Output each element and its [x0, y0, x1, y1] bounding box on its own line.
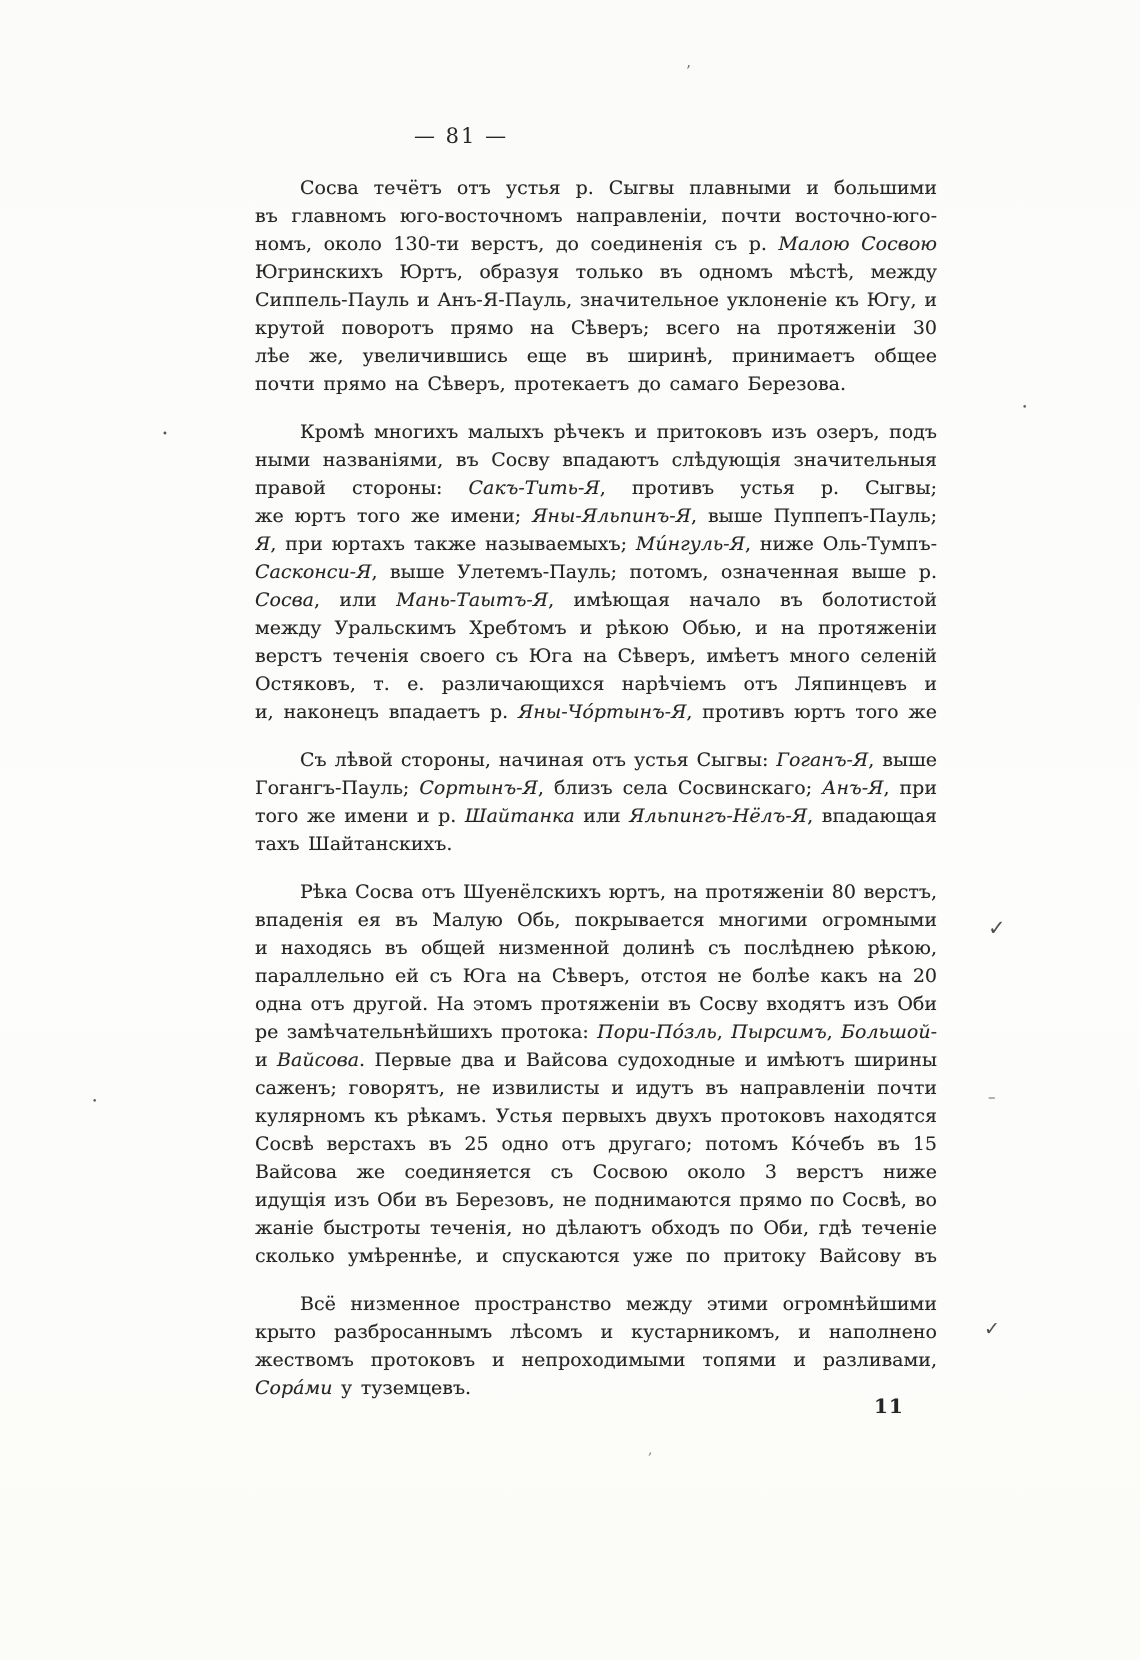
paragraph: Кромѣ многихъ малыхъ рѣчекъ и притоковъ … [255, 418, 937, 726]
text-segment: Всё низменное пространство между этими о… [255, 1293, 937, 1318]
text-line: кулярномъ къ рѣкамъ. Устья первыхъ двухъ… [255, 1102, 937, 1130]
text-segment: Съ лѣвой стороны, начиная отъ устья Сыгв… [300, 749, 776, 771]
text-line: Кромѣ многихъ малыхъ рѣчекъ и притоковъ … [255, 418, 937, 446]
text-segment: Рѣка Сосва отъ Шуенёлскихъ юртъ, на прот… [255, 881, 937, 906]
text-line: и Вайсова. Первые два и Вайсова судоходн… [255, 1046, 937, 1074]
text-segment: Сосвѣ верстахъ въ 25 одно отъ другаго; п… [255, 1133, 937, 1158]
text-line: сколько умѣреннѣе, и спускаются уже по п… [255, 1242, 937, 1270]
text-segment: верстъ теченія своего съ Юга на Сѣверъ, … [255, 645, 937, 670]
text-segment: жаніе быстроты теченія, но дѣлаютъ обход… [255, 1217, 937, 1242]
text-segment: кулярномъ къ рѣкамъ. Устья первыхъ двухъ… [255, 1105, 937, 1130]
text-segment: крутой поворотъ прямо на Сѣверъ; всего н… [255, 317, 937, 342]
text-segment: , выше Пуппепъ-Пауль; [691, 505, 937, 527]
margin-dot-left: • [162, 430, 168, 440]
stray-comma-mark: ‚ [648, 1444, 652, 1457]
signature-mark: 11 [874, 1394, 904, 1418]
paragraph: Сосва течётъ отъ устья р. Сыгвы плавными… [255, 174, 937, 398]
margin-dot-right: • [1022, 404, 1027, 413]
river-name-italic: Мань-Таытъ-Я [396, 589, 548, 611]
text-line: параллельно ей съ Юга на Сѣверъ, отстоя … [255, 962, 937, 990]
text-segment: или [575, 805, 630, 827]
text-segment: ными названіями, въ Сосву впадаютъ слѣду… [255, 449, 937, 474]
river-name-italic: Сортынъ-Я [419, 777, 538, 799]
text-segment: Кромѣ многихъ малыхъ рѣчекъ и притоковъ … [255, 421, 937, 446]
text-segment: и, наконецъ впадаетъ р. [255, 701, 518, 723]
text-line: почти прямо на Сѣверъ, протекаетъ до сам… [255, 370, 937, 398]
river-name-italic: Яны-Чо́ртынъ-Я [518, 701, 686, 723]
text-segment: Вайсова же соединяется съ Сосвою около 3… [255, 1161, 937, 1186]
text-block: Сосва течётъ отъ устья р. Сыгвы плавными… [255, 174, 937, 1402]
text-segment: идущія изъ Оби въ Березовъ, не поднимают… [255, 1189, 937, 1214]
text-line: между Уральскимъ Хребтомъ и рѣкою Обью, … [255, 614, 937, 642]
text-line: же юртъ того же имени; Яны-Яльпинъ-Я, вы… [255, 502, 937, 530]
text-line: Сосва течётъ отъ устья р. Сыгвы плавными… [255, 174, 937, 202]
text-segment: правой стороны: [255, 477, 468, 499]
text-line: идущія изъ Оби въ Березовъ, не поднимают… [255, 1186, 937, 1214]
text-line: того же имени и р. Шайтанка или Яльпингъ… [255, 802, 937, 830]
text-line: въ главномъ юго-восточномъ направленіи, … [255, 202, 937, 230]
text-segment: и [255, 1049, 277, 1071]
river-name-italic: Малою Сосвою [779, 233, 937, 255]
text-line: верстъ теченія своего съ Юга на Сѣверъ, … [255, 642, 937, 670]
text-segment: Сосва течётъ отъ устья р. Сыгвы плавными… [255, 177, 937, 202]
river-name-italic: Шайтанка [465, 805, 575, 827]
text-line: Сосва, или Мань-Таытъ-Я, имѣющая начало … [255, 586, 937, 614]
text-segment: Югринскихъ Юртъ, образуя только въ одном… [255, 261, 937, 286]
text-segment: , [717, 1021, 731, 1043]
text-line: Сасконси-Я, выше Улетемъ-Пауль; потомъ, … [255, 558, 937, 586]
text-segment: почти прямо на Сѣверъ, протекаетъ до сам… [255, 373, 846, 395]
river-name-italic: Сора́ми [255, 1377, 332, 1399]
text-segment: , близъ села Сосвинскаго; [538, 777, 822, 799]
text-segment: крыто разбросаннымъ лѣсомъ и кустарником… [255, 1321, 937, 1346]
text-line: ре замѣчательнѣйшихъ протока: Пори-По́зл… [255, 1018, 937, 1046]
text-line: Гогангъ-Пауль; Сортынъ-Я, близъ села Сос… [255, 774, 937, 802]
text-line: жаніе быстроты теченія, но дѣлаютъ обход… [255, 1214, 937, 1242]
text-line: Сосвѣ верстахъ въ 25 одно отъ другаго; п… [255, 1130, 937, 1158]
text-segment: , при юртахъ также называемыхъ; [270, 533, 636, 555]
text-line: Сора́ми у туземцевъ. [255, 1374, 937, 1402]
text-segment: , или [314, 589, 396, 611]
margin-dash-right: – [988, 1090, 996, 1105]
text-segment: Сиппель-Пауль и Анъ-Я-Пауль, значительно… [255, 289, 937, 314]
river-name-italic: Пырсимъ [731, 1021, 827, 1043]
text-line: крутой поворотъ прямо на Сѣверъ; всего н… [255, 314, 937, 342]
river-name-italic: Сосва [255, 589, 314, 611]
text-segment: того же имени и р. [255, 805, 465, 827]
text-line: Остяковъ, т. е. различающихся нарѣчіемъ … [255, 670, 937, 698]
text-line: впаденія ея въ Малую Обь, покрывается мн… [255, 906, 937, 934]
text-line: жествомъ протоковъ и непроходимыми топям… [255, 1346, 937, 1374]
text-line: и находясь въ общей низменной долинѣ съ … [255, 934, 937, 962]
text-line: одна отъ другой. На этомъ протяженіи въ … [255, 990, 937, 1018]
text-line: правой стороны: Сакъ-Тить-Я, противъ уст… [255, 474, 937, 502]
river-name-italic: Яны-Яльпинъ-Я [532, 505, 691, 527]
text-segment: параллельно ей съ Юга на Сѣверъ, отстоя … [255, 965, 937, 990]
paragraph: Рѣка Сосва отъ Шуенёлскихъ юртъ, на прот… [255, 878, 937, 1270]
text-line: Вайсова же соединяется съ Сосвою около 3… [255, 1158, 937, 1186]
text-segment: лѣе же, увеличившись еще въ ширинѣ, прин… [255, 345, 937, 370]
text-segment: въ главномъ юго-восточномъ направленіи, … [255, 205, 937, 230]
text-line: саженъ; говорятъ, не извилисты и идутъ в… [255, 1074, 937, 1102]
text-segment: ре замѣчательнѣйшихъ протока: [255, 1021, 597, 1043]
text-segment: впаденія ея въ Малую Обь, покрывается мн… [255, 909, 937, 934]
river-name-italic: Гоганъ-Я [776, 749, 868, 771]
text-segment: Гогангъ-Пауль; [255, 777, 419, 799]
text-line: Югринскихъ Юртъ, образуя только въ одном… [255, 258, 937, 286]
river-name-italic: Вайсова [277, 1049, 359, 1071]
text-segment: у туземцевъ. [332, 1377, 471, 1399]
margin-checkmark: ✓ [984, 1320, 1000, 1339]
text-line: Всё низменное пространство между этими о… [255, 1290, 937, 1318]
text-segment: же юртъ того же имени; [255, 505, 532, 527]
river-name-italic: Я [255, 533, 270, 555]
paragraph: Съ лѣвой стороны, начиная отъ устья Сыгв… [255, 746, 937, 858]
river-name-italic: Сасконси-Я [255, 561, 371, 583]
scanned-book-page: — 81 — Сосва течётъ отъ устья р. Сыгвы п… [0, 0, 1140, 1660]
text-segment: , противъ устья р. Сыгвы; [600, 477, 937, 499]
text-line: тахъ Шайтанскихъ. [255, 830, 937, 858]
text-line: и, наконецъ впадаетъ р. Яны-Чо́ртынъ-Я, … [255, 698, 937, 726]
text-line: ными названіями, въ Сосву впадаютъ слѣду… [255, 446, 937, 474]
river-name-italic: Сакъ-Тить-Я [468, 477, 599, 499]
text-segment: между Уральскимъ Хребтомъ и рѣкою Обью, … [255, 617, 937, 642]
text-segment: саженъ; говорятъ, не извилисты и идутъ в… [255, 1077, 937, 1102]
text-line: Рѣка Сосва отъ Шуенёлскихъ юртъ, на прот… [255, 878, 937, 906]
river-name-italic: Ми́нгуль-Я [636, 533, 745, 555]
river-name-italic: Пори-По́зль [597, 1021, 717, 1043]
paragraph: Всё низменное пространство между этими о… [255, 1290, 937, 1402]
text-segment: тахъ Шайтанскихъ. [255, 833, 452, 855]
text-segment: сколько умѣреннѣе, и спускаются уже по п… [255, 1245, 937, 1270]
text-segment: , выше Улетемъ-Пауль; потомъ, означенная… [371, 561, 937, 583]
text-line: Я, при юртахъ также называемыхъ; Ми́нгул… [255, 530, 937, 558]
text-segment: одна отъ другой. На этомъ протяженіи въ … [255, 993, 937, 1018]
text-segment: Остяковъ, т. е. различающихся нарѣчіемъ … [255, 673, 937, 698]
text-line: Сиппель-Пауль и Анъ-Я-Пауль, значительно… [255, 286, 937, 314]
text-segment: номъ, около 130-ти верстъ, до соединенія… [255, 233, 779, 255]
river-name-italic: Яльпингъ-Нёлъ-Я [629, 805, 807, 827]
text-line: лѣе же, увеличившись еще въ ширинѣ, прин… [255, 342, 937, 370]
margin-checkmark: ✓ [988, 918, 1006, 939]
text-line: крыто разбросаннымъ лѣсомъ и кустарником… [255, 1318, 937, 1346]
river-name-italic: Анъ-Я [822, 777, 883, 799]
stray-tick-mark: ’ [686, 64, 691, 79]
text-line: Съ лѣвой стороны, начиная отъ устья Сыгв… [255, 746, 937, 774]
text-segment: и находясь въ общей низменной долинѣ съ … [255, 937, 937, 962]
text-segment: жествомъ протоковъ и непроходимыми топям… [255, 1349, 937, 1374]
margin-dot-left: • [92, 1098, 97, 1107]
text-segment: , [827, 1021, 841, 1043]
text-line: номъ, около 130-ти верстъ, до соединенія… [255, 230, 937, 258]
page-number: — 81 — [414, 124, 508, 148]
